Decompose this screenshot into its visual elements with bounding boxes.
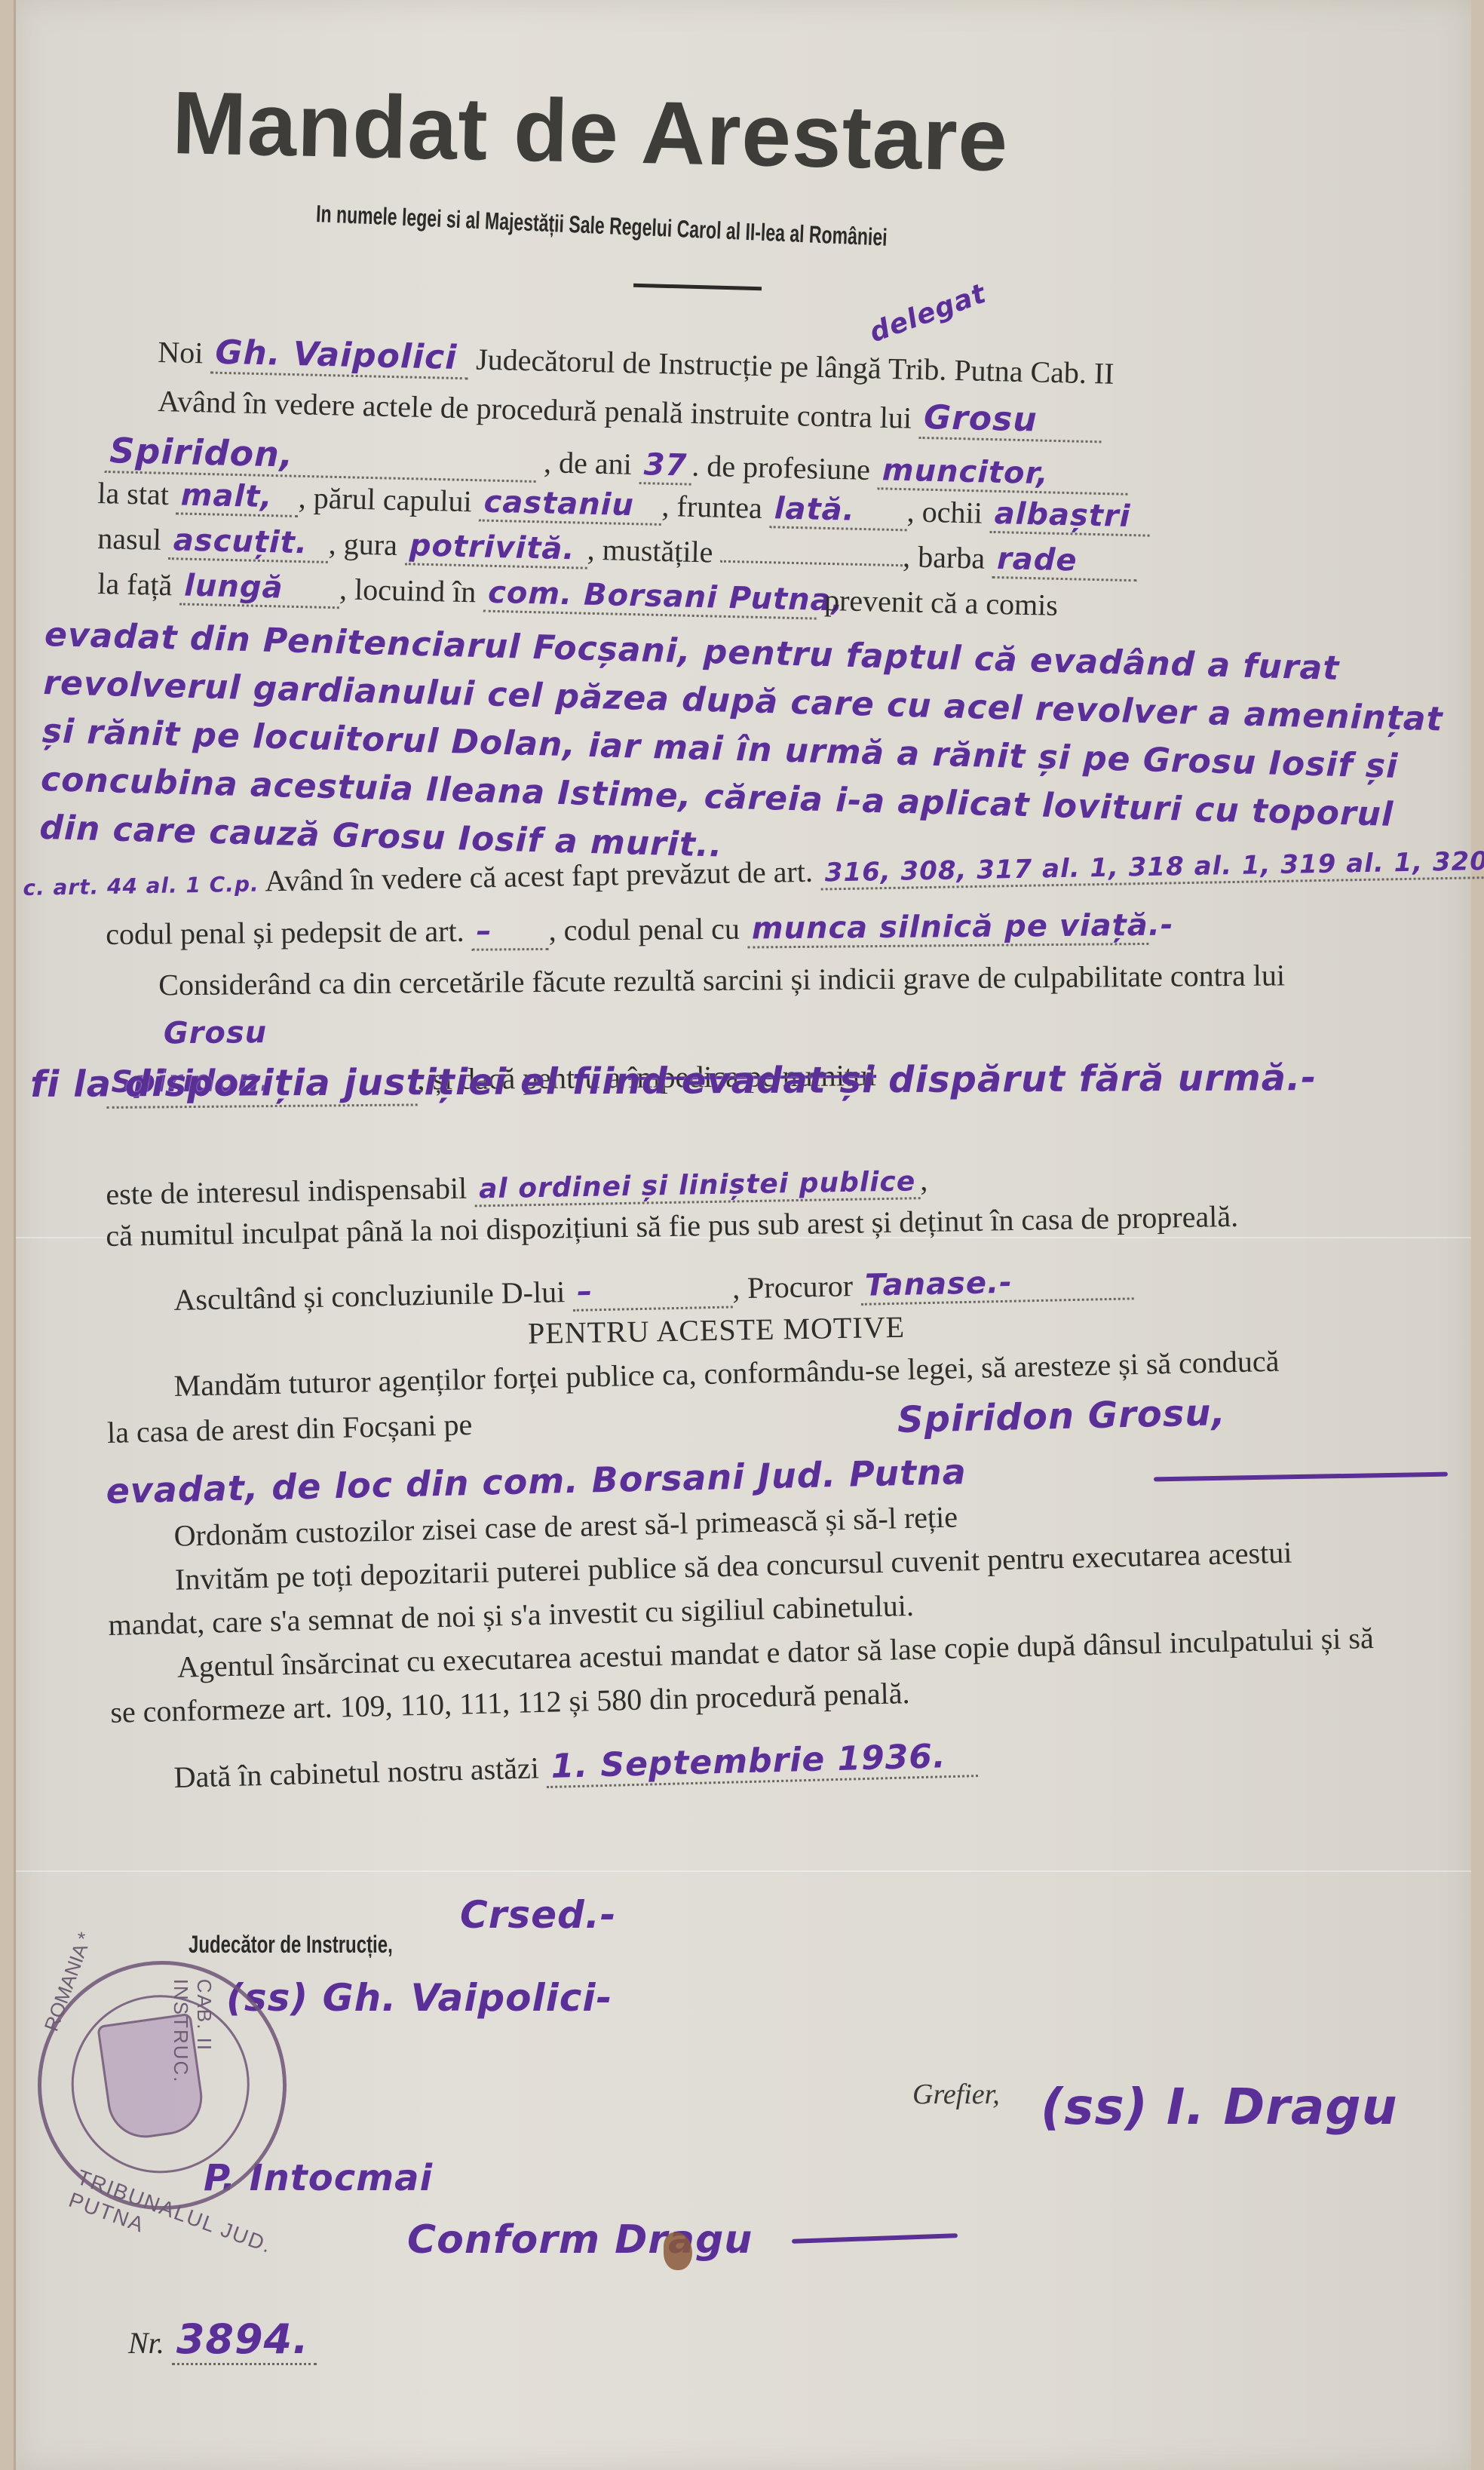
accused-nose: ascuțit. — [168, 523, 329, 563]
accused-beard: rade — [992, 542, 1138, 581]
arrestee-name: Spiridon Grosu, — [897, 1391, 1226, 1441]
paper-fold — [16, 1870, 1471, 1872]
accused-age: 37 — [639, 447, 692, 486]
accused-hair: castaniu — [479, 484, 662, 525]
accused-surname: Grosu — [918, 398, 1102, 443]
punishment: munca silnică pe viață.- — [747, 908, 1148, 949]
prosecutor-name: – — [572, 1271, 733, 1311]
document-number-line: Nr. 3894. — [128, 2315, 317, 2365]
clerk-signature-label: Grefier, — [912, 2078, 1000, 2111]
judge-signature: (ss) Gh. Vaipolici- — [226, 1976, 612, 2020]
accused-moustache — [720, 560, 903, 566]
articles-margin-note: c. art. 44 al. 1 C.p. — [23, 872, 259, 901]
availability-insert: fi la dispoziția justiției el fiind evad… — [30, 1056, 1463, 1106]
motives-heading: PENTRU ACESTE MOTIVE — [528, 1309, 906, 1352]
accused-forehead: lată. — [769, 491, 907, 531]
judge-name: Gh. Vaipolici — [210, 333, 469, 380]
judge-note: Crsed.- — [460, 1893, 617, 1937]
judge-signature-label: Judecător de Instrucție, — [189, 1931, 393, 1959]
clerk-signature: (ss) I. Dragu — [1041, 2078, 1398, 2136]
accused-residence: com. Borsani Putna, — [483, 575, 817, 620]
accused-height: malt, — [176, 477, 299, 517]
accused-face: lungă — [179, 568, 340, 609]
punishment-article: – — [471, 913, 548, 951]
accused-eyes: albaștri — [989, 496, 1150, 537]
seal-right-text: CAB. II INSTRUC. — [169, 1979, 216, 2084]
ink-stain — [664, 2232, 692, 2270]
accused-profession: muncitor, — [877, 453, 1128, 496]
accused-mouth: potrivită. — [404, 528, 587, 569]
prosecutor-value: Tanase.- — [860, 1263, 1134, 1306]
conformity-signature: Conform Dragu — [407, 2217, 753, 2263]
orders-block: Ordonăm custozilor zisei case de arest s… — [106, 1484, 1393, 1734]
document-number: 3894. — [172, 2315, 317, 2365]
